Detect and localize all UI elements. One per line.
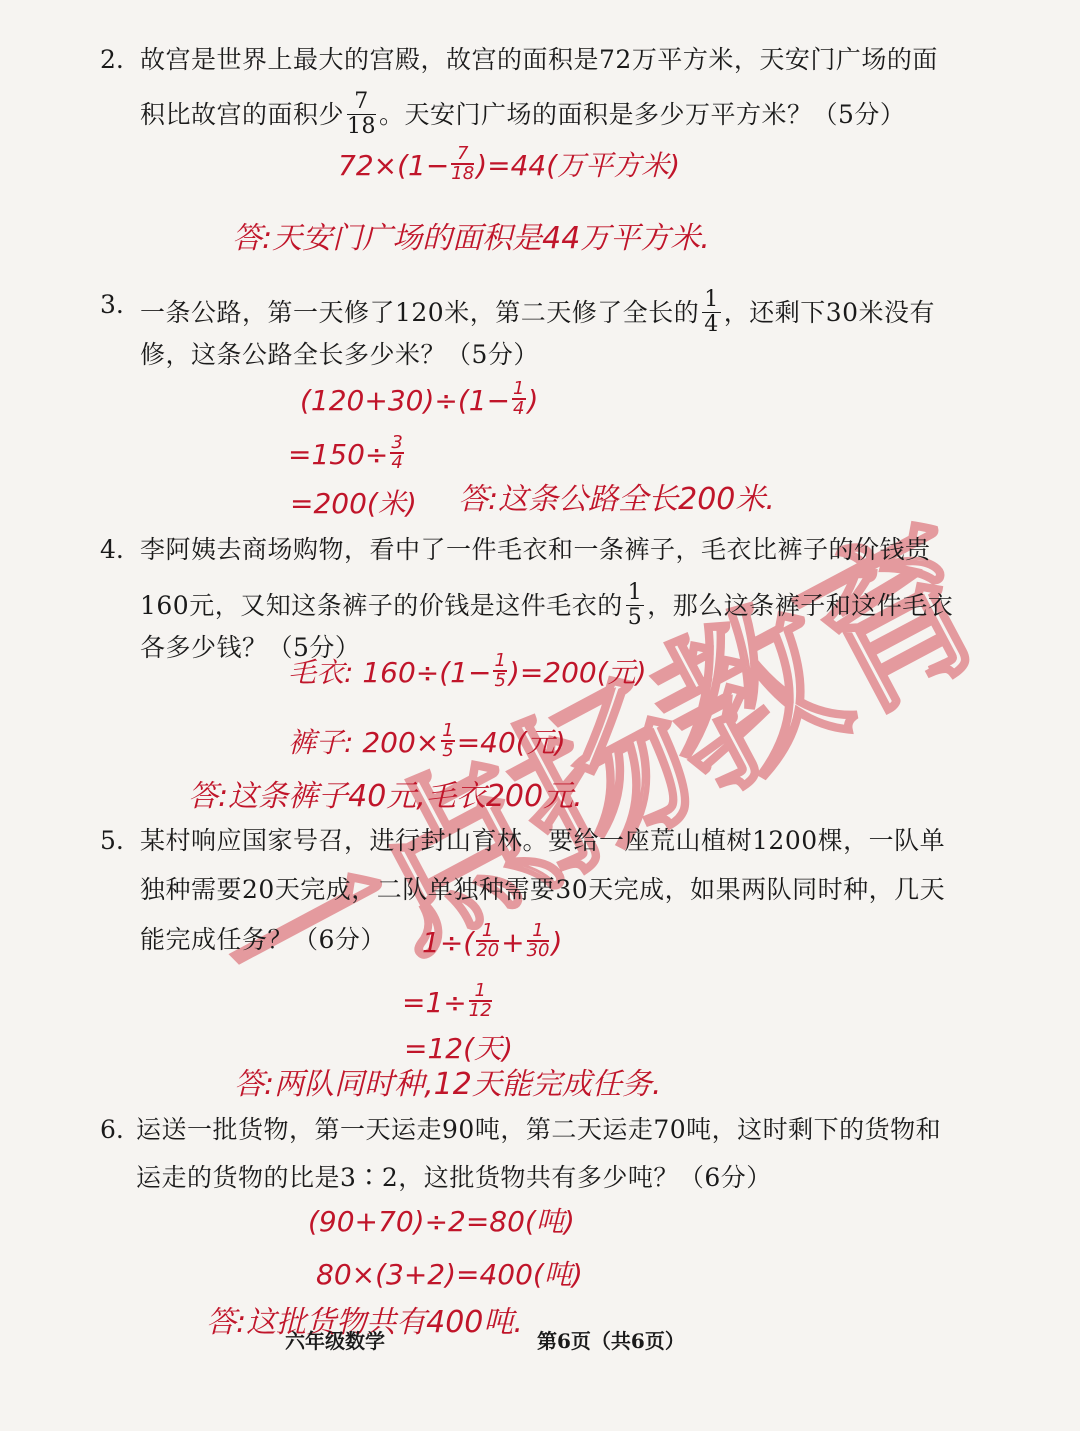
handwritten-work: 1÷(120+130) (422, 925, 562, 963)
handwritten-work: =1÷112 (402, 985, 494, 1023)
exam-page: 一点扬教育 2. 故宫是世界上最大的宫殿，故宫的面积是72万平方米，天安门广场的… (0, 0, 1080, 1431)
handwritten-work: 裤子: 200×15=40(元) (288, 725, 566, 763)
question-text: 修，这条公路全长多少米？（5分） (140, 340, 539, 370)
fraction: 14 (702, 288, 721, 337)
question-number: 6. (100, 1115, 124, 1145)
question-text: 故宫是世界上最大的宫殿，故宫的面积是72万平方米，天安门广场的面 (140, 45, 938, 75)
question-text: 160元，又知这条裤子的价钱是这件毛衣的15，那么这条裤子和这件毛衣 (140, 583, 953, 632)
handwritten-work: =150÷34 (288, 437, 406, 475)
question-number: 5. (100, 826, 124, 856)
handwritten-answer: 答:天安门广场的面积是44万平方米. (232, 222, 710, 256)
question-text: 能完成任务？（6分） (140, 925, 386, 955)
handwritten-work: 72×(1−718)=44(万平方米) (338, 148, 680, 186)
footer-page-number: 第6页（共6页） (537, 1325, 685, 1354)
handwritten-work: (120+30)÷(1−14) (300, 383, 538, 421)
question-text: 李阿姨去商场购物，看中了一件毛衣和一条裤子，毛衣比裤子的价钱贵 (140, 535, 931, 565)
handwritten-work: (90+70)÷2=80(吨) (308, 1205, 575, 1239)
question-text: 运送一批货物，第一天运走90吨，第二天运走70吨，这时剩下的货物和 (136, 1115, 941, 1145)
question-text: 一条公路，第一天修了120米，第二天修了全长的14，还剩下30米没有 (140, 290, 935, 339)
fraction: 718 (347, 90, 376, 139)
handwritten-work: 80×(3+2)=400(吨) (316, 1258, 583, 1292)
question-number: 2. (100, 45, 124, 75)
handwritten-work: 毛衣: 160÷(1−15)=200(元) (288, 655, 647, 693)
question-text: 运走的货物的比是3∶2，这批货物共有多少吨？（6分） (136, 1163, 772, 1193)
fraction: 15 (626, 581, 645, 630)
handwritten-answer: 答:这条裤子40元,毛衣200元. (188, 780, 583, 814)
handwritten-work: =12(天) (404, 1032, 513, 1066)
footer-subject: 六年级数学 (285, 1325, 385, 1354)
handwritten-answer: 答:这条公路全长200米. (458, 483, 775, 517)
question-number: 3. (100, 290, 124, 320)
question-text: 独种需要20天完成，二队单独种需要30天完成，如果两队同时种，几天 (140, 875, 945, 905)
question-text: 某村响应国家号召，进行封山育林。要给一座荒山植树1200棵，一队单 (140, 826, 945, 856)
handwritten-answer: 答:两队同时种,12天能完成任务. (234, 1068, 661, 1102)
handwritten-work: =200(米) (290, 487, 417, 521)
question-number: 4. (100, 535, 124, 565)
question-text: 积比故宫的面积少718。天安门广场的面积是多少万平方米？（5分） (140, 92, 905, 141)
